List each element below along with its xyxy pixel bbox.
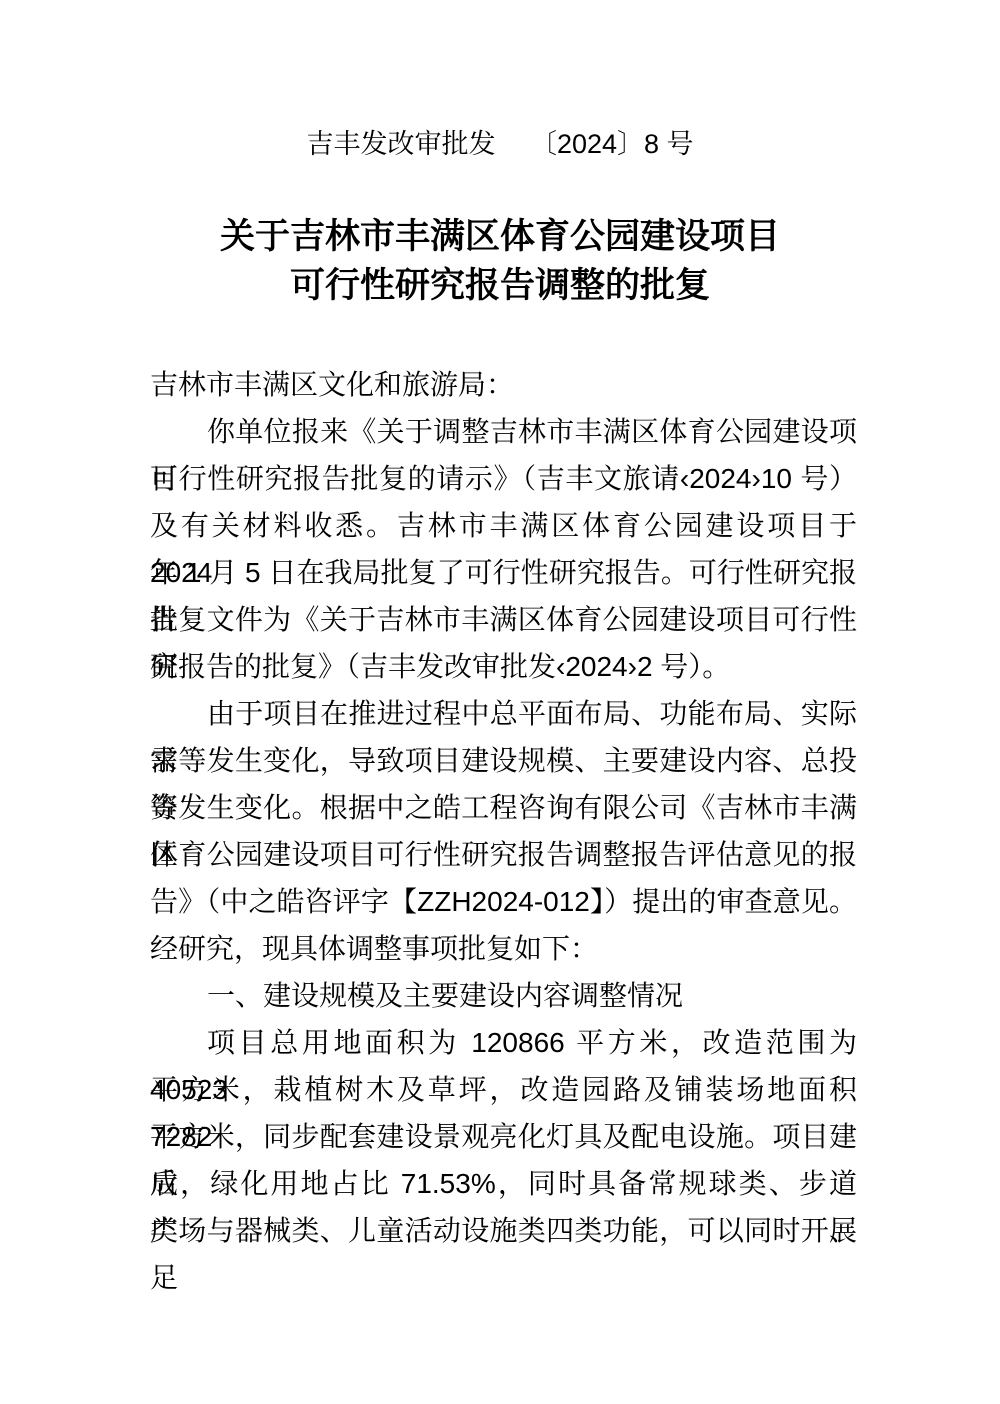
body-line: 告》（中之皓咨评字【ZZH2024-012】）提出的审查意见。 bbox=[150, 878, 857, 925]
body-line: 年 1 月 5 日在我局批复了可行性研究报告。可行性研究报告 bbox=[150, 549, 857, 596]
document-page: 吉丰发改审批发 〔2024〕8 号 关于吉林市丰满区体育公园建设项目 可行性研究… bbox=[0, 0, 1000, 1404]
body-line: 一、建设规模及主要建设内容调整情况 bbox=[150, 972, 857, 1019]
body-line: 项目总用地面积为 120866 平方米，改造范围为 40523 bbox=[150, 1019, 857, 1066]
body-line: 平方米，同步配套建设景观亮化灯具及配电设施。项目建成 bbox=[150, 1113, 857, 1160]
body-line: 等发生变化。根据中之皓工程咨询有限公司《吉林市丰满区 bbox=[150, 784, 857, 831]
body-line: 究报告的批复》（吉丰发改审批发‹2024›2 号）。 bbox=[150, 643, 857, 690]
body-line: 及有关材料收悉。吉林市丰满区体育公园建设项目于 2024 bbox=[150, 502, 857, 549]
body-line: 求等发生变化，导致项目建设规模、主要建设内容、总投资 bbox=[150, 737, 857, 784]
title-line-2: 可行性研究报告调整的批复 bbox=[0, 261, 1000, 310]
body-line: 可行性研究报告批复的请示》（吉丰文旅请‹2024›10 号） bbox=[150, 455, 857, 502]
body-line: 体育公园建设项目可行性研究报告调整报告评估意见的报 bbox=[150, 831, 857, 878]
body-line: 批复文件为《关于吉林市丰满区体育公园建设项目可行性研 bbox=[150, 596, 857, 643]
body-line: 吉林市丰满区文化和旅游局： bbox=[150, 361, 857, 408]
body-line: 经研究，现具体调整事项批复如下： bbox=[150, 925, 857, 972]
body-line: 你单位报来《关于调整吉林市丰满区体育公园建设项目 bbox=[150, 408, 857, 455]
document-body: 吉林市丰满区文化和旅游局：你单位报来《关于调整吉林市丰满区体育公园建设项目可行性… bbox=[150, 361, 857, 1254]
body-line: 平方米，栽植树木及草坪，改造园路及铺装场地面积 7282 bbox=[150, 1066, 857, 1113]
body-line: 广场与器械类、儿童活动设施类四类功能，可以同时开展足 bbox=[150, 1207, 857, 1254]
document-title: 关于吉林市丰满区体育公园建设项目 可行性研究报告调整的批复 bbox=[0, 212, 1000, 310]
body-line: 后，绿化用地占比 71.53%，同时具备常规球类、步道类、 bbox=[150, 1160, 857, 1207]
title-line-1: 关于吉林市丰满区体育公园建设项目 bbox=[0, 212, 1000, 261]
doc-number: 吉丰发改审批发 〔2024〕8 号 bbox=[0, 126, 1000, 162]
body-line: 由于项目在推进过程中总平面布局、功能布局、实际需 bbox=[150, 690, 857, 737]
